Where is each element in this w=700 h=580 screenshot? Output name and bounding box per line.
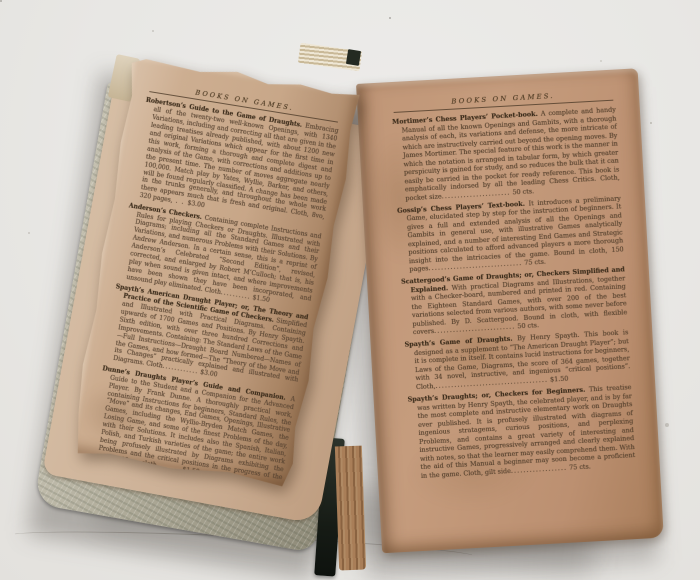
dust-specks	[0, 0, 2, 2]
entry-price: 50 cts.	[512, 187, 534, 196]
catalog-entry: Mortimer’s Chess Players’ Pocket-book. A…	[392, 106, 620, 204]
entry-price: $3.00	[200, 369, 218, 379]
dot-leader: . .	[172, 198, 188, 207]
entry-price: $3.00	[187, 200, 205, 210]
catalog-entry: Gossip’s Chess Players’ Text-book. It in…	[397, 194, 624, 275]
catalog-entry: Scattergood’s Game of Draughts; or, Chec…	[401, 266, 628, 338]
dot-leader: ..................	[511, 463, 568, 474]
right-page: BOOKS ON GAMES. Mortimer’s Chess Players…	[356, 68, 664, 553]
right-page-text: BOOKS ON GAMES. Mortimer’s Chess Players…	[391, 89, 636, 485]
book-photo-scene: BOOKS ON GAMES. Mortimer’s Chess Players…	[0, 0, 700, 580]
entry-price: $1.50	[550, 375, 569, 384]
catalog-entry: Spayth’s Draughts; or, Checkers for Begi…	[407, 383, 635, 481]
entry-price: $1.50	[252, 294, 270, 304]
page-block-edges	[335, 446, 366, 571]
right-page-paper: BOOKS ON GAMES. Mortimer’s Chess Players…	[356, 68, 664, 553]
catalog-entry: Spayth’s Game of Draughts. By Henry Spay…	[404, 329, 631, 393]
entry-body: Embracing all of the twenty-two well-kno…	[139, 106, 339, 221]
cover-corner-sliver	[346, 49, 361, 66]
entry-price: 75 cts.	[569, 462, 591, 471]
entry-price: 75 cts.	[524, 258, 546, 267]
entry-price: 50 cts.	[517, 322, 539, 331]
